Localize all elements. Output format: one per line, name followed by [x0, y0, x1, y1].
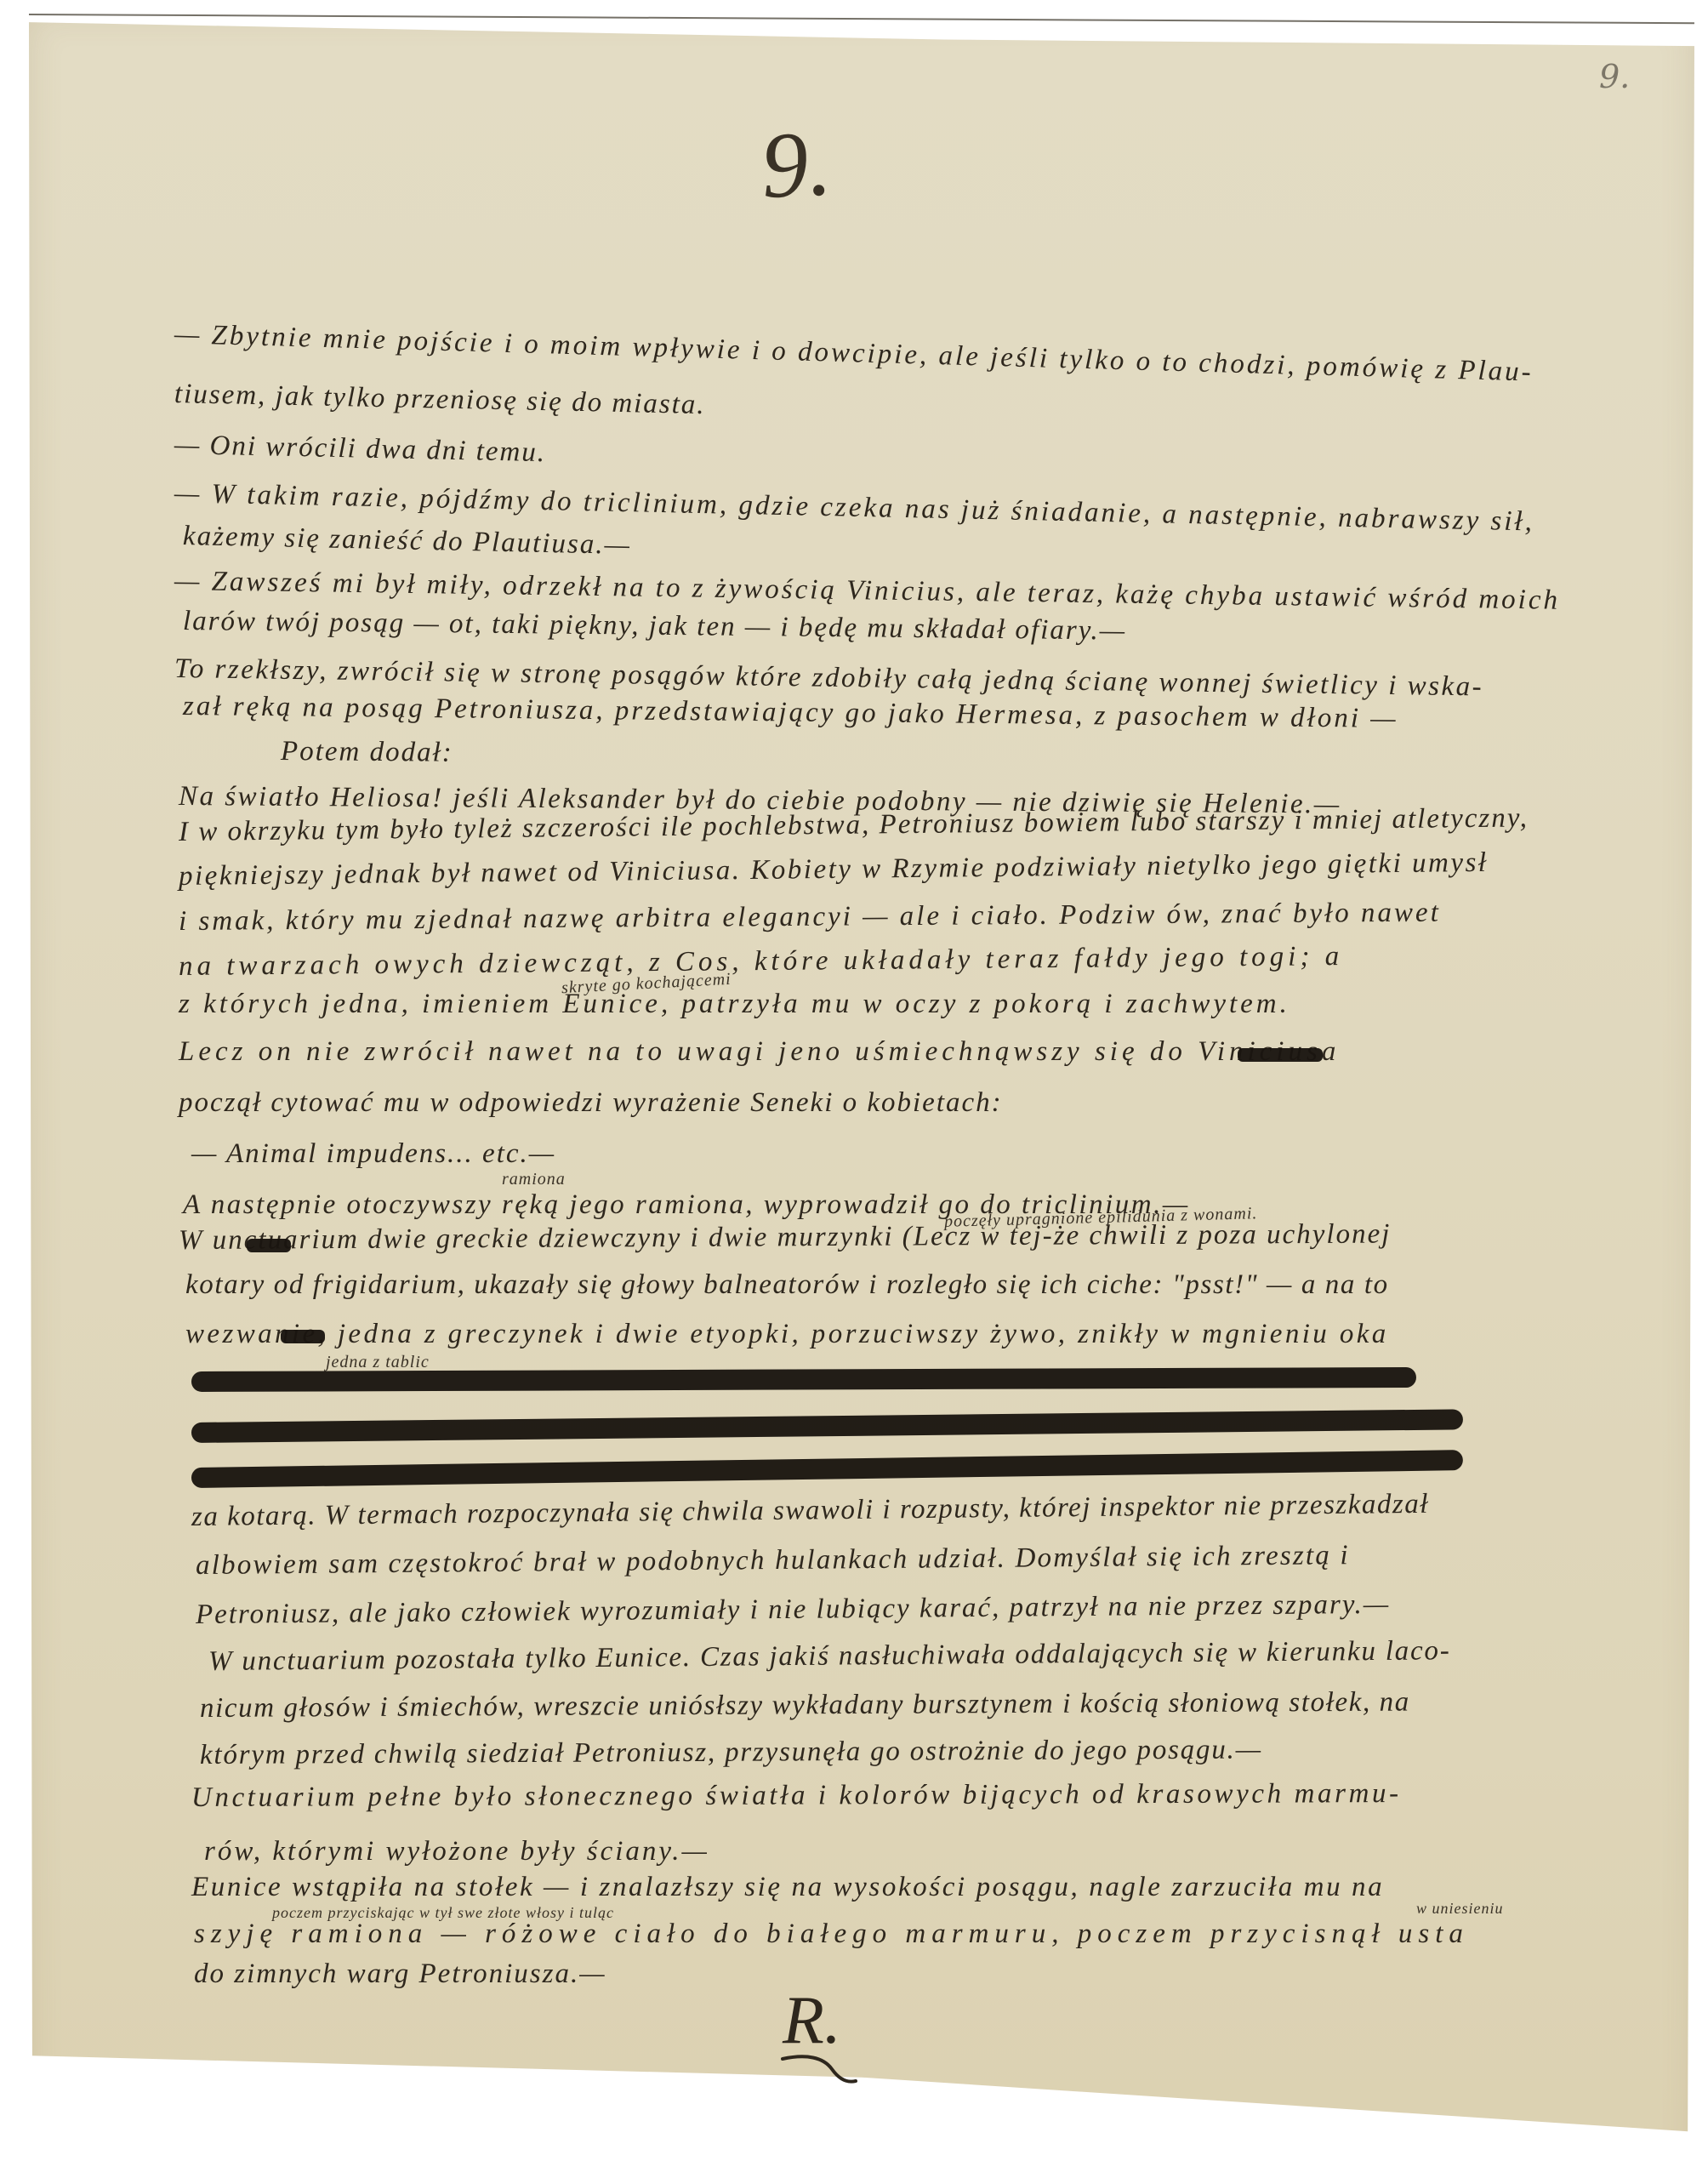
page-number: 9. [1599, 58, 1630, 95]
manuscript-line: począł cytować mu w odpowiedzi wyrażenie… [179, 1087, 1003, 1119]
insertion-note: jedna z tablic [326, 1353, 430, 1372]
ink-strikethrough [281, 1330, 325, 1343]
manuscript-line: Unctuarium pełne było słonecznego światł… [191, 1778, 1402, 1814]
manuscript-line: rów, którymi wyłożone były ściany.— [204, 1836, 709, 1867]
manuscript-line: kotary od frigidarium, ukazały się głowy… [185, 1269, 1389, 1301]
signature-flourish-icon [781, 2052, 857, 2086]
manuscript-line: do zimnych warg Petroniusza.— [194, 1958, 606, 1990]
chapter-heading: 9. [759, 109, 834, 220]
ink-strikethrough [1238, 1048, 1323, 1062]
page-edge [29, 14, 1694, 24]
author-signature: R. [783, 1982, 841, 2060]
manuscript-line: Potem dodał: [281, 736, 453, 769]
ink-strikethrough [191, 1367, 1416, 1392]
manuscript-line: nicum głosów i śmiechów, wreszcie uniósł… [200, 1687, 1410, 1725]
manuscript-line: wezwanie, jedna z greczynek i dwie etyop… [185, 1319, 1389, 1350]
manuscript-line: — Animal impudens... etc.— [191, 1138, 555, 1170]
insertion-note: w uniesieniu [1416, 1900, 1504, 1918]
insertion-note: poczem przyciskając w tył swe złote włos… [272, 1904, 614, 1922]
manuscript-line: Lecz on nie zwrócił nawet na to uwagi je… [179, 1036, 1340, 1068]
manuscript-line: szyję ramiona — różowe ciało do białego … [194, 1919, 1469, 1950]
manuscript-line: z których jedna, imieniem Eunice, patrzy… [179, 989, 1290, 1020]
manuscript-line: którym przed chwilą siedział Petroniusz,… [200, 1734, 1262, 1771]
ink-strikethrough [247, 1239, 291, 1252]
manuscript-line: Eunice wstąpiła na stołek — i znalazłszy… [191, 1872, 1384, 1903]
insertion-note: ramiona [502, 1170, 566, 1189]
